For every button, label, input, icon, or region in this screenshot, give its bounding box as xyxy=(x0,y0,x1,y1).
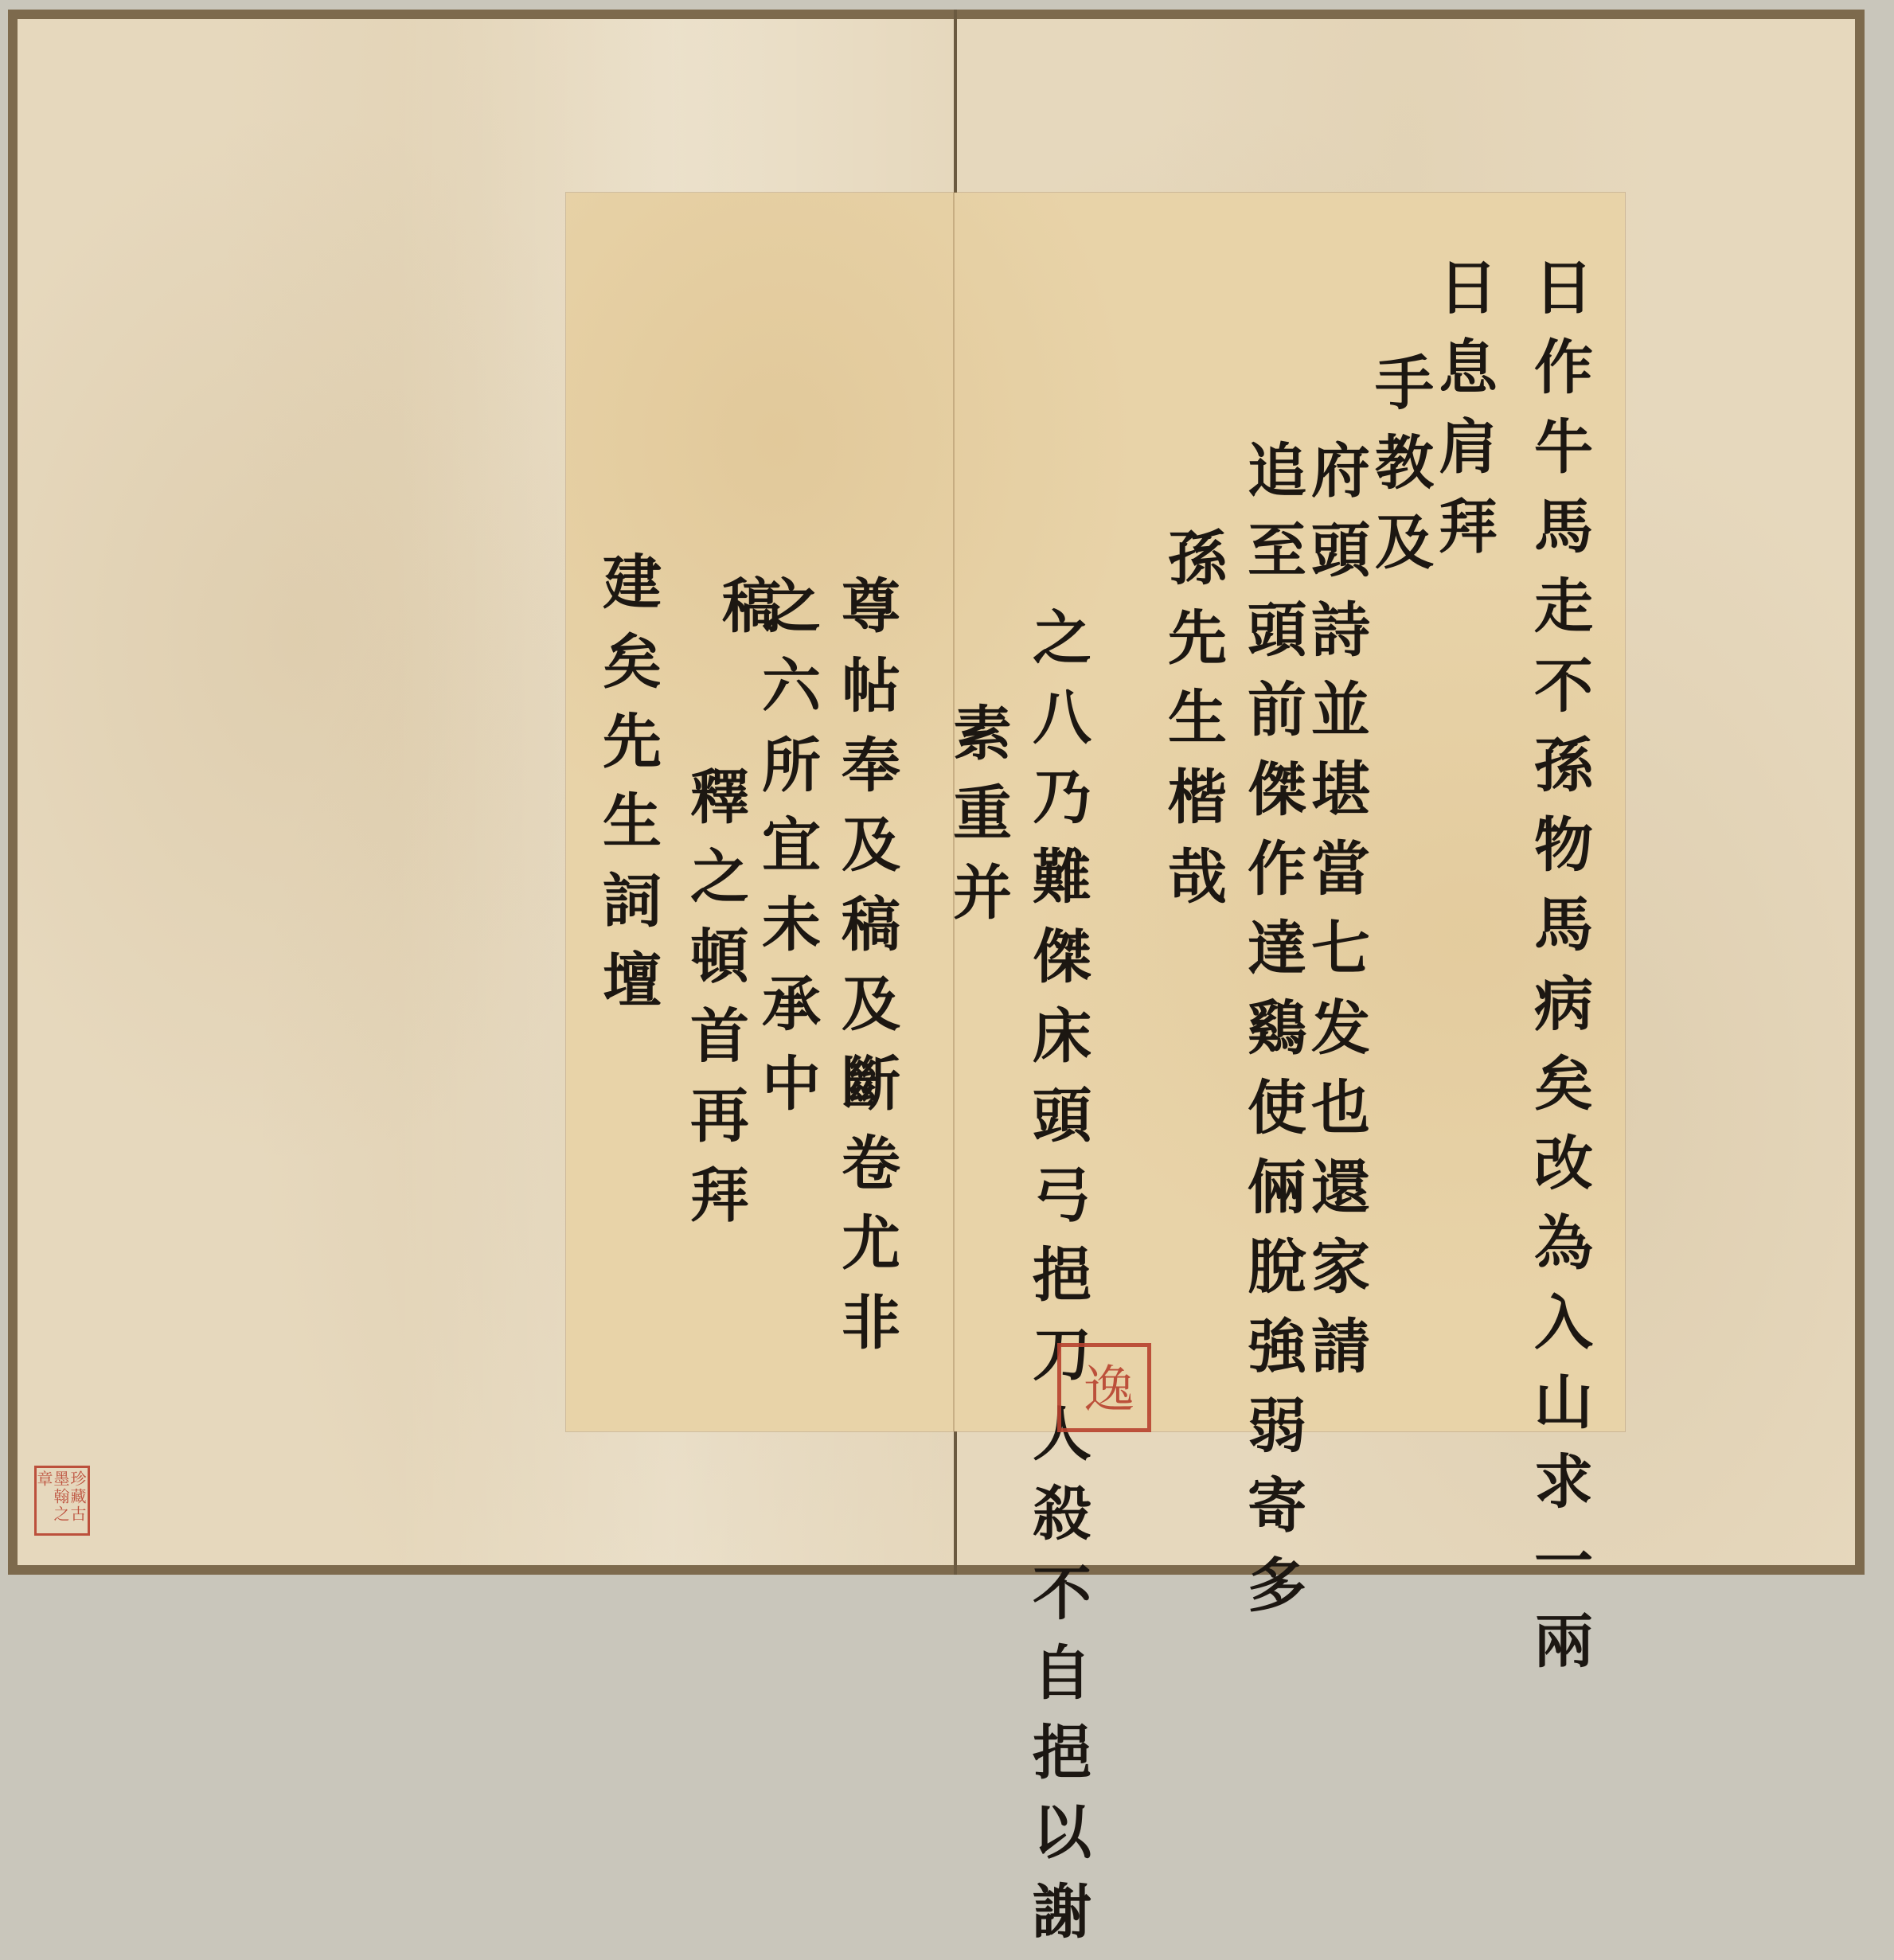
letter-column-2: 日息肩拜 xyxy=(1434,256,1493,575)
letter-column-8: 素重并 xyxy=(948,702,1007,941)
red-seal-collector: 珍藏古墨翰之章 xyxy=(34,1466,90,1536)
letter-column-12-signature: 釋之頓首再拜 xyxy=(685,766,744,1244)
letter-column-9: 尊帖奉及稿及斷卷尤非 xyxy=(837,575,896,1371)
letter-column-4: 府頭詩並堪當七发也還家請 xyxy=(1306,439,1365,1395)
letter-column-6: 孫先生楷哉 xyxy=(1163,527,1222,925)
letter-column-1: 日作牛馬走不孫物馬病矣改為入山求一兩 xyxy=(1529,256,1588,1583)
letter-column-13-address: 建矣先生詞壇 xyxy=(598,551,657,1029)
letter-column-5: 追至頭前傑作達鷄使倆脫強弱寄多 xyxy=(1243,439,1302,1583)
letter-sheet: 日作牛馬走不孫物馬病矣改為入山求一兩 日息肩拜 手教及 府頭詩並堪當七发也還家請… xyxy=(566,193,1625,1431)
letter-column-11: 稿 xyxy=(717,575,776,654)
letter-column-7: 之八乃難傑床頭弓挹刀人殺不自挹以謝 xyxy=(1028,607,1087,1583)
letter-column-3: 手教及 xyxy=(1370,352,1429,591)
letter-column-10: 之六所宜未承中 xyxy=(757,575,816,1132)
red-seal-letter: 逸 xyxy=(1057,1343,1151,1432)
album-spread: 日作牛馬走不孫物馬病矣改為入山求一兩 日息肩拜 手教及 府頭詩並堪當七发也還家請… xyxy=(8,10,1865,1575)
